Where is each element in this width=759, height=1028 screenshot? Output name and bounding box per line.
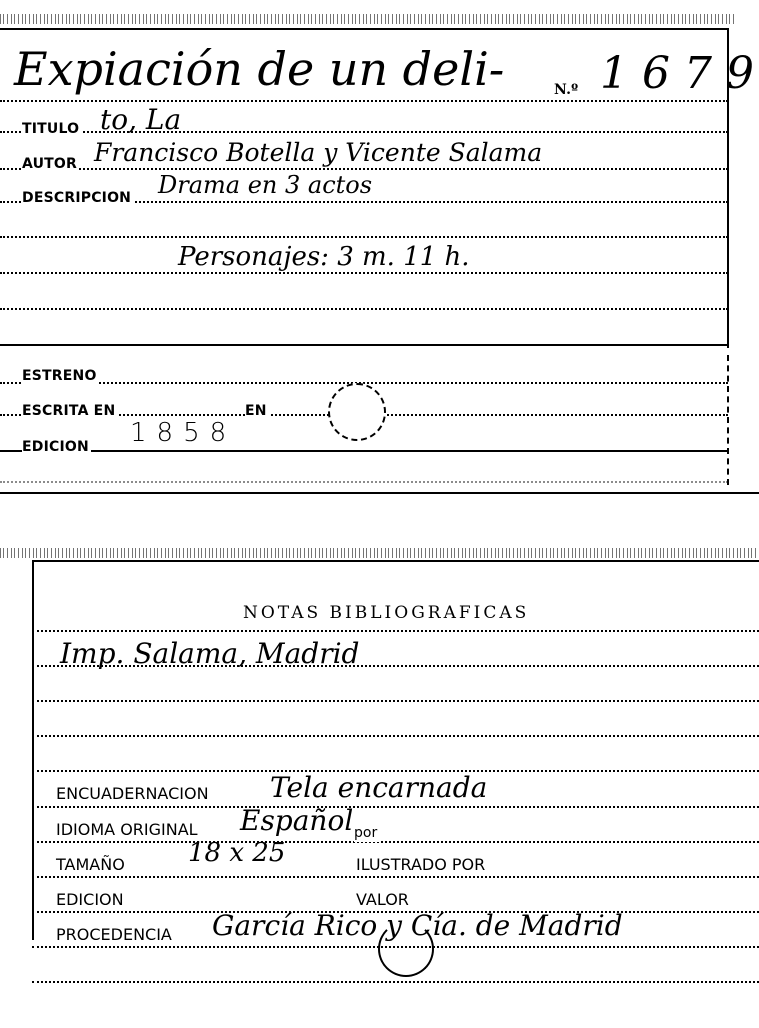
titulo-label: TITULO	[22, 121, 81, 137]
rule-line	[0, 344, 728, 346]
en-label: EN	[245, 403, 269, 419]
card-right-border-lower	[727, 355, 729, 485]
autor-value: Francisco Botella y Vicente Salama	[94, 140, 542, 165]
card-top-border	[0, 28, 728, 30]
punch-hole	[378, 921, 434, 977]
rule-line	[32, 876, 759, 878]
escrita-en-label: ESCRITA EN	[22, 403, 117, 419]
idioma-original-label: IDIOMA ORIGINAL	[56, 821, 202, 839]
scan-noise-top	[0, 548, 759, 558]
idioma-por-label: por	[354, 824, 381, 842]
estreno-label: ESTRENO	[22, 368, 99, 384]
card-top-border	[32, 560, 759, 562]
notes-heading: NOTAS BIBLIOGRAFICAS	[243, 603, 529, 623]
catalog-card-back: NOTAS BIBLIOGRAFICAS Imp. Salama, Madrid…	[0, 540, 759, 1028]
edicion-label: EDICION	[56, 891, 128, 909]
rule-line	[0, 168, 728, 170]
rule-line	[0, 481, 728, 483]
punch-hole	[328, 383, 386, 441]
rule-line	[32, 806, 759, 808]
handwritten-title-line1: Expiación de un deli-	[14, 46, 504, 92]
encuadernacion-value: Tela encarnada	[270, 774, 487, 802]
descripcion-value: Drama en 3 actos	[158, 173, 372, 197]
card-left-border	[32, 560, 34, 940]
card-separator	[0, 492, 759, 494]
rule-line	[32, 630, 759, 632]
tamano-value: 18 x 25	[188, 840, 285, 866]
card-number: 1679	[600, 52, 759, 96]
notes-value: Imp. Salama, Madrid	[60, 640, 359, 668]
personajes-note: Personajes: 3 m. 11 h.	[178, 244, 470, 270]
encuadernacion-label: ENCUADERNACION	[56, 785, 213, 803]
number-label: N.º	[554, 82, 580, 98]
titulo-value: to, La	[100, 106, 181, 134]
rule-line	[32, 981, 759, 983]
idioma-original-value: Español	[240, 807, 353, 835]
rule-line	[0, 272, 728, 274]
rule-line	[0, 450, 728, 452]
scan-noise-top	[0, 14, 735, 24]
procedencia-label: PROCEDENCIA	[56, 926, 176, 944]
rule-line	[32, 735, 759, 737]
autor-label: AUTOR	[22, 156, 79, 172]
ilustrado-por-label: ILUSTRADO POR	[356, 856, 489, 874]
rule-line	[32, 700, 759, 702]
rule-line	[0, 100, 728, 102]
rule-line	[0, 236, 728, 238]
valor-label: VALOR	[356, 891, 413, 909]
edicion-value: 1858	[130, 420, 236, 446]
descripcion-label: DESCRIPCION	[22, 190, 133, 206]
tamano-label: TAMAÑO	[56, 856, 129, 874]
rule-line	[0, 308, 728, 310]
rule-line	[32, 841, 759, 843]
catalog-card-front: Expiación de un deli- N.º 1679 TITULO to…	[0, 0, 759, 495]
edicion-label: EDICION	[22, 439, 91, 455]
